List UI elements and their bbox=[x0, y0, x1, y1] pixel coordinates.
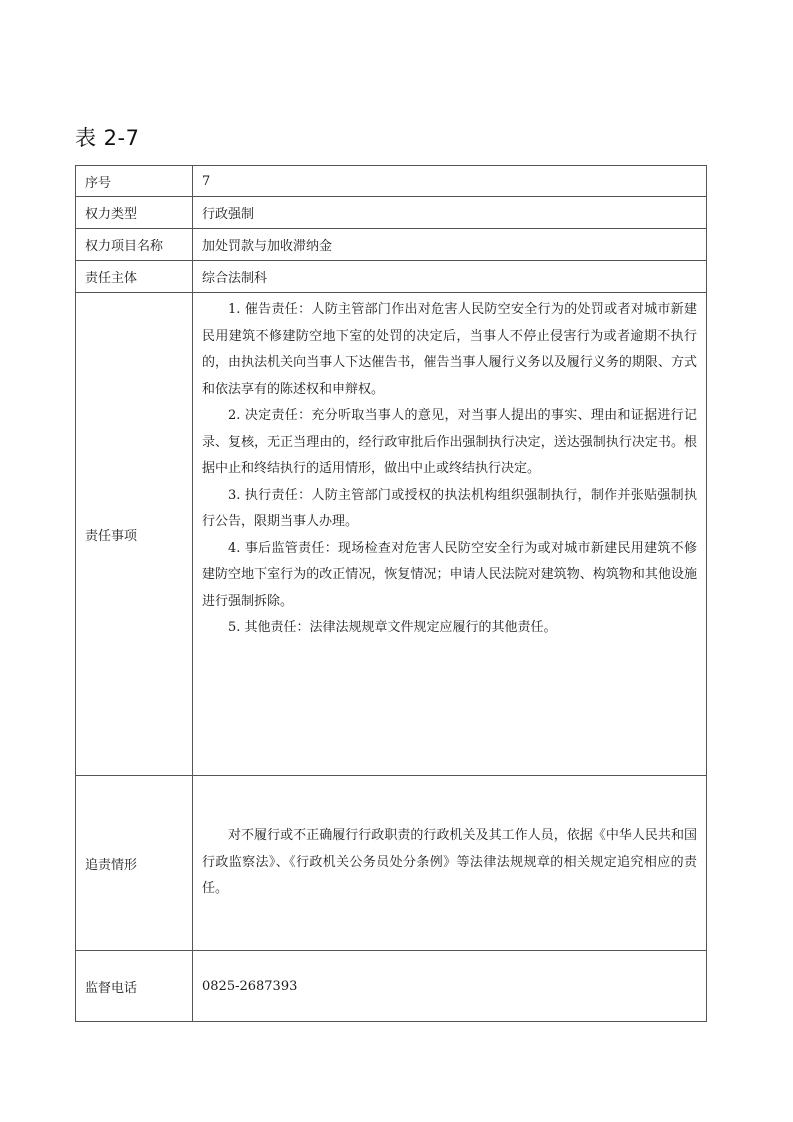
paragraph-supervision: 4. 事后监管责任：现场检查对危害人民防空安全行为或对城市新建民用建筑不修建防空… bbox=[202, 536, 697, 616]
table-row-serial: 序号 7 bbox=[76, 166, 707, 197]
paragraph-other: 5. 其他责任：法律法规规章文件规定应履行的其他责任。 bbox=[202, 615, 697, 642]
row-value: 对不履行或不正确履行行政职责的行政机关及其工作人员，依据《中华人民共和国行政监察… bbox=[193, 776, 707, 951]
paragraph-urging: 1. 催告责任：人防主管部门作出对危害人民防空安全行为的处罚或者对城市新建民用建… bbox=[202, 297, 697, 403]
row-value: 行政强制 bbox=[193, 197, 707, 229]
row-label: 权力类型 bbox=[76, 197, 193, 229]
row-label: 追责情形 bbox=[76, 776, 193, 951]
table-row-responsible-party: 责任主体 综合法制科 bbox=[76, 261, 707, 293]
phone-number: 0825-2687393 bbox=[193, 951, 707, 1022]
table-row-power-type: 权力类型 行政强制 bbox=[76, 197, 707, 229]
paragraph-decision: 2. 决定责任：充分听取当事人的意见，对当事人提出的事实、理由和证据进行记录、复… bbox=[202, 403, 697, 483]
row-label: 监督电话 bbox=[76, 951, 193, 1022]
row-label: 责任事项 bbox=[76, 293, 193, 776]
row-value: 7 bbox=[193, 166, 707, 197]
row-label: 权力项目名称 bbox=[76, 229, 193, 261]
table-row-responsibilities: 责任事项 1. 催告责任：人防主管部门作出对危害人民防空安全行为的处罚或者对城市… bbox=[76, 293, 707, 776]
paragraph-accountability: 对不履行或不正确履行行政职责的行政机关及其工作人员，依据《中华人民共和国行政监察… bbox=[202, 823, 697, 903]
row-value: 加处罚款与加收滞纳金 bbox=[193, 229, 707, 261]
row-label: 序号 bbox=[76, 166, 193, 197]
table-row-power-item-name: 权力项目名称 加处罚款与加收滞纳金 bbox=[76, 229, 707, 261]
row-value: 综合法制科 bbox=[193, 261, 707, 293]
row-value: 1. 催告责任：人防主管部门作出对危害人民防空安全行为的处罚或者对城市新建民用建… bbox=[193, 293, 707, 776]
duty-table: 序号 7 权力类型 行政强制 权力项目名称 加处罚款与加收滞纳金 责任主体 综合… bbox=[75, 165, 707, 1022]
table-row-supervision-phone: 监督电话 0825-2687393 bbox=[76, 951, 707, 1022]
table-title: 表 2-7 bbox=[75, 122, 139, 152]
table-row-accountability: 追责情形 对不履行或不正确履行行政职责的行政机关及其工作人员，依据《中华人民共和… bbox=[76, 776, 707, 951]
paragraph-execution: 3. 执行责任：人防主管部门或授权的执法机构组织强制执行，制作并张贴强制执行公告… bbox=[202, 483, 697, 536]
row-label: 责任主体 bbox=[76, 261, 193, 293]
